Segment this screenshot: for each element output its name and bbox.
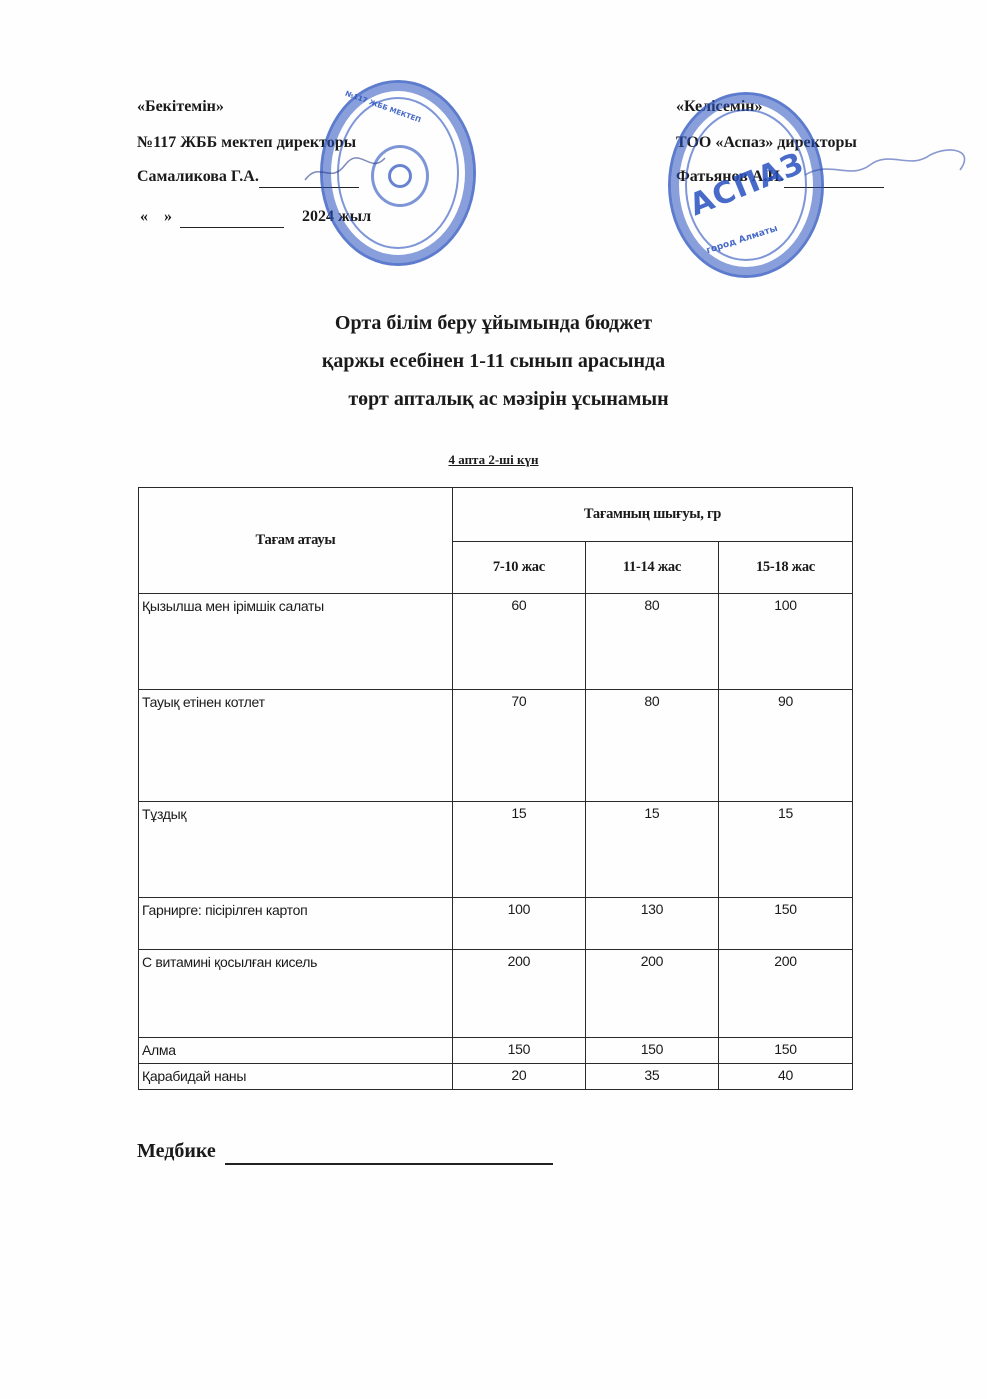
portion-grams: 150 (452, 1038, 585, 1064)
approval-left-title: «Бекітемін» (137, 97, 224, 117)
portion-grams: 60 (452, 594, 585, 690)
portion-grams: 130 (585, 898, 718, 950)
table-row: Гарнирге: пісірілген картоп100130150 (139, 898, 853, 950)
table-row: Тұздық151515 (139, 802, 853, 898)
portion-grams: 80 (585, 690, 718, 802)
portion-grams: 150 (718, 1038, 852, 1064)
menu-table: Тағам атауы Тағамның шығуы, гр 7-10 жас … (138, 487, 853, 1090)
signature-left-icon (300, 150, 390, 190)
title-line-1: Орта білім беру ұйымында бюджет (0, 312, 987, 335)
portion-grams: 200 (718, 950, 852, 1038)
dish-name: Қызылша мен ірімшік салаты (139, 594, 453, 690)
portion-grams: 20 (452, 1064, 585, 1090)
table-row: Қызылша мен ірімшік салаты6080100 (139, 594, 853, 690)
portion-grams: 15 (718, 802, 852, 898)
portion-grams: 90 (718, 690, 852, 802)
portion-grams: 40 (718, 1064, 852, 1090)
nurse-signature: Медбике (137, 1140, 553, 1165)
header-dish-name: Тағам атауы (139, 488, 453, 594)
portion-grams: 100 (452, 898, 585, 950)
dish-name: Тұздық (139, 802, 453, 898)
header-output-group: Тағамның шығуы, гр (452, 488, 852, 542)
title-line-3: төрт апталық ас мәзірін ұсынамын (0, 388, 987, 411)
header-age-11-14: 11-14 жас (585, 542, 718, 594)
nurse-label: Медбике (137, 1140, 216, 1162)
portion-grams: 80 (585, 594, 718, 690)
title-line-2: қаржы есебінен 1-11 сынып арасында (0, 350, 987, 373)
dish-name: Қарабидай наны (139, 1064, 453, 1090)
portion-grams: 15 (585, 802, 718, 898)
portion-grams: 15 (452, 802, 585, 898)
dish-name: Алма (139, 1038, 453, 1064)
dish-name: Тауық етінен котлет (139, 690, 453, 802)
header-age-7-10: 7-10 жас (452, 542, 585, 594)
signature-right-icon (800, 140, 980, 190)
date-line (180, 207, 284, 228)
table-row: Қарабидай наны203540 (139, 1064, 853, 1090)
header-age-15-18: 15-18 жас (718, 542, 852, 594)
dish-name: С витамині қосылған кисель (139, 950, 453, 1038)
table-row: Тауық етінен котлет708090 (139, 690, 853, 802)
portion-grams: 200 (452, 950, 585, 1038)
portion-grams: 100 (718, 594, 852, 690)
dish-name: Гарнирге: пісірілген картоп (139, 898, 453, 950)
portion-grams: 200 (585, 950, 718, 1038)
portion-grams: 35 (585, 1064, 718, 1090)
approval-left-name: Самаликова Г.А. (137, 168, 259, 185)
subtitle-week-day: 4 апта 2-ші күн (0, 452, 987, 468)
portion-grams: 150 (585, 1038, 718, 1064)
table-row: Алма150150150 (139, 1038, 853, 1064)
table-row: С витамині қосылған кисель200200200 (139, 950, 853, 1038)
nurse-signature-line (225, 1140, 553, 1165)
portion-grams: 70 (452, 690, 585, 802)
date-quotes: « » (140, 208, 172, 225)
portion-grams: 150 (718, 898, 852, 950)
